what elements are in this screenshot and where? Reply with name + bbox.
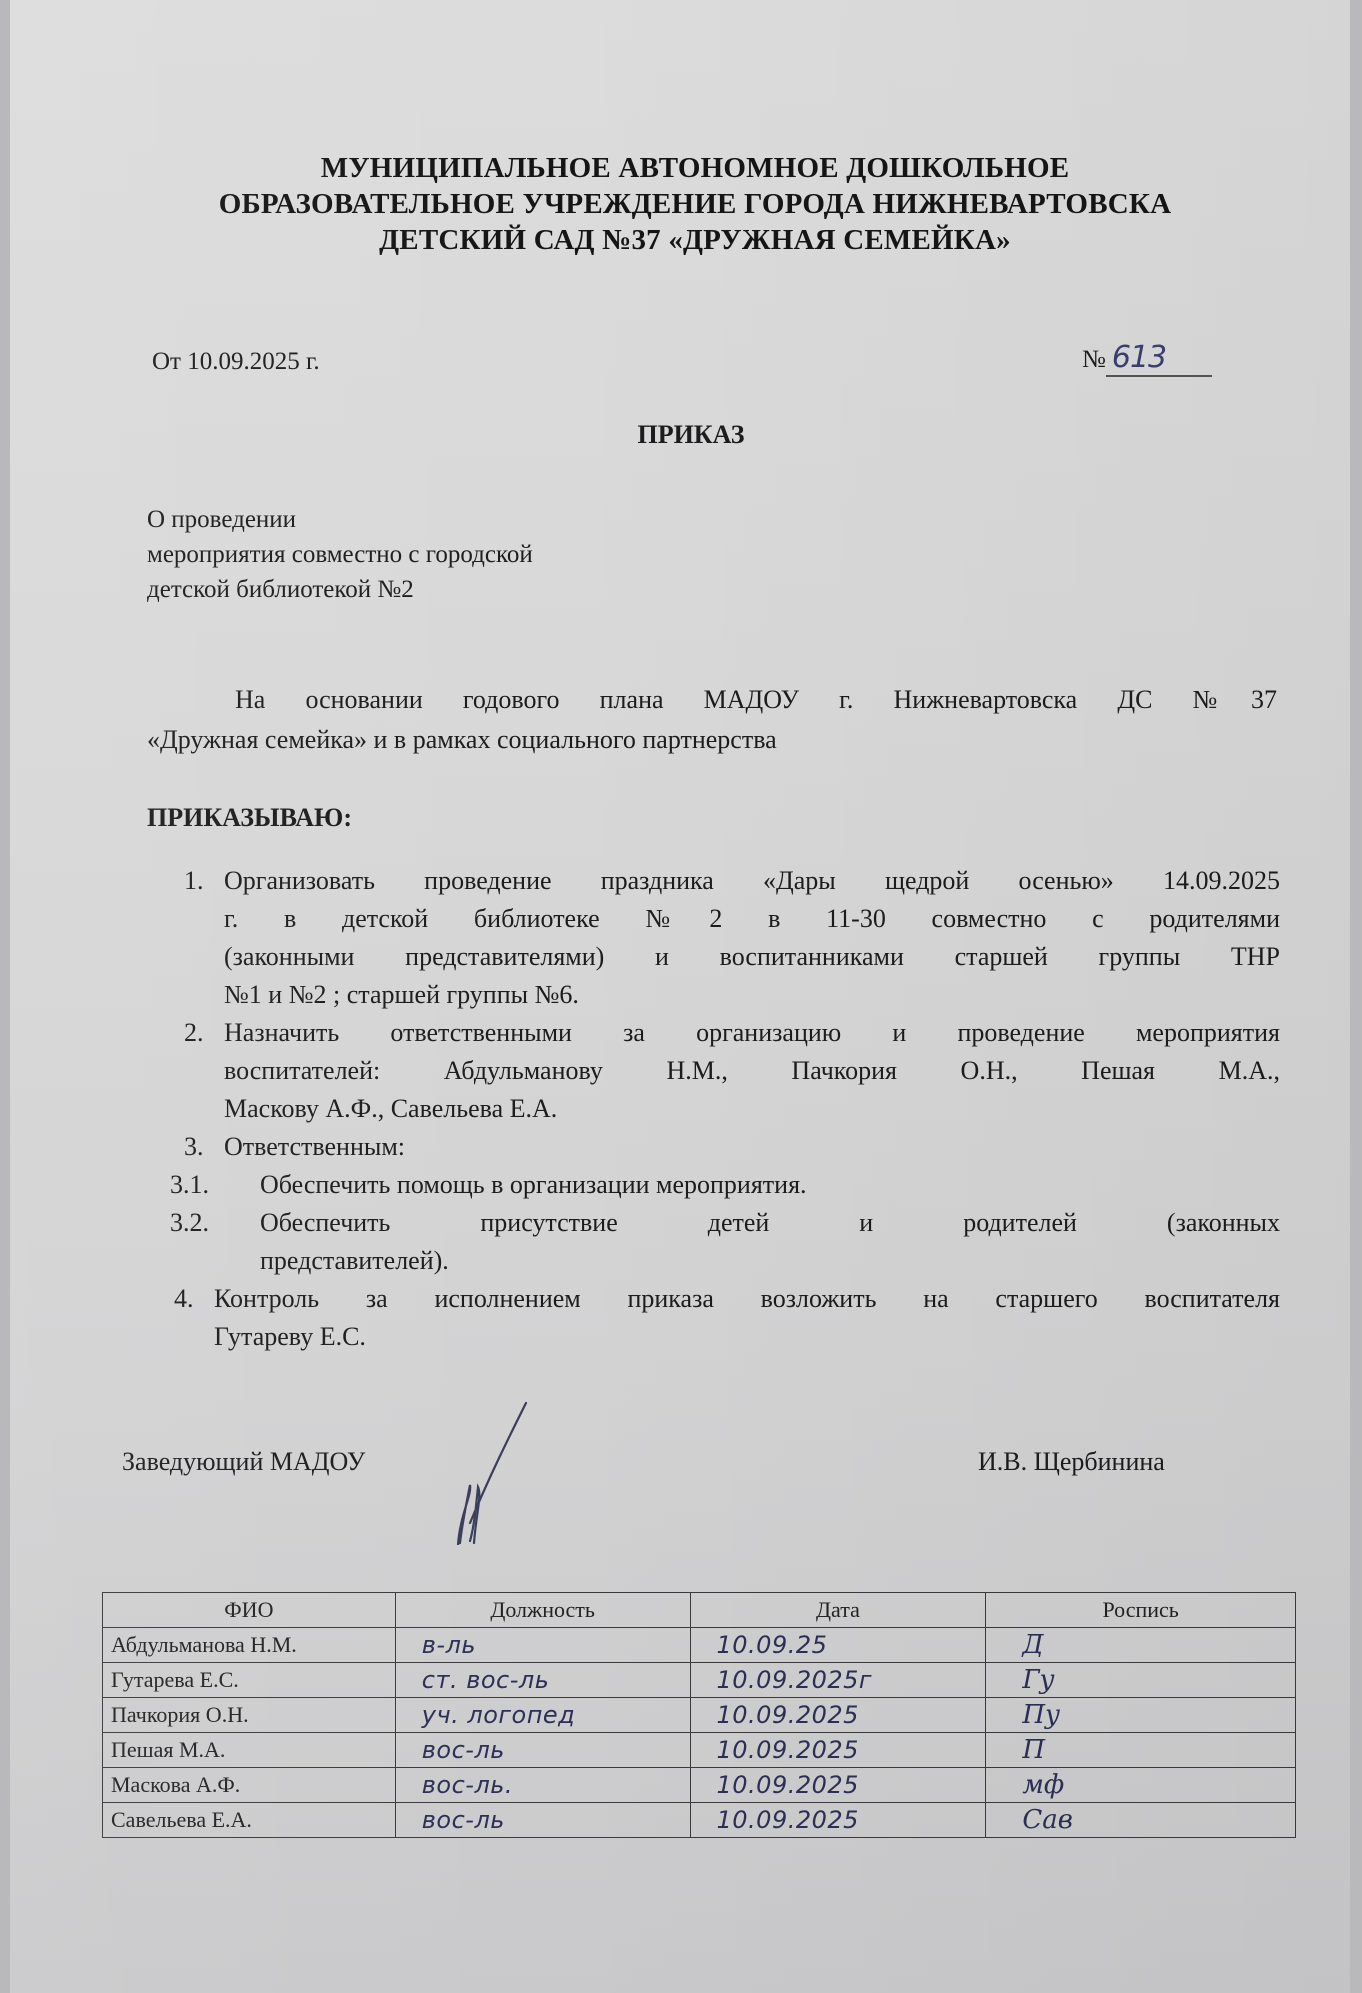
order-items: 1. Организовать проведение праздника «Да… <box>170 862 1280 1356</box>
signatory-name: И.В. Щербинина <box>978 1447 1165 1477</box>
column-header-position: Должность <box>395 1593 690 1628</box>
cell-position: вос-ль <box>395 1733 690 1768</box>
item-line: (законными представителями) и воспитанни… <box>224 938 1280 976</box>
cell-name: Гутарева Е.С. <box>103 1663 396 1698</box>
cell-signature: Гу <box>986 1663 1296 1698</box>
cell-name: Савельева Е.А. <box>103 1803 396 1838</box>
cell-position: в-ль <box>395 1628 690 1663</box>
director-signature-icon <box>430 1395 550 1545</box>
cell-date: 10.09.2025 <box>690 1698 986 1733</box>
item-line: Назначить ответственными за организацию … <box>224 1014 1280 1052</box>
order-subject: О проведении мероприятия совместно с гор… <box>147 502 533 607</box>
cell-date: 10.09.2025 <box>690 1803 986 1838</box>
subject-line-3: детской библиотекой №2 <box>147 572 533 607</box>
handwritten-number: 613 <box>1106 340 1212 377</box>
order-number: №613 <box>1082 340 1212 377</box>
item-line: Гутареву Е.С. <box>214 1322 366 1351</box>
item-line: Обеспечить присутствие детей и родителей… <box>260 1204 1280 1242</box>
item-number: 3.1. <box>170 1166 209 1204</box>
cell-name: Абдульманова Н.М. <box>103 1628 396 1663</box>
signatory-position: Заведующий МАДОУ <box>122 1447 365 1477</box>
cell-name: Пачкория О.Н. <box>103 1698 396 1733</box>
org-line-1: МУНИЦИПАЛЬНОЕ АВТОНОМНОЕ ДОШКОЛЬНОЕ <box>100 150 1290 186</box>
cell-signature: Сав <box>986 1803 1296 1838</box>
cell-position: вос-ль <box>395 1803 690 1838</box>
item-number: 3. <box>184 1128 204 1166</box>
item-line: Маскову А.Ф., Савельева Е.А. <box>224 1094 557 1123</box>
order-date: От 10.09.2025 г. <box>152 348 320 376</box>
cell-date: 10.09.2025 <box>690 1768 986 1803</box>
order-heading: ПРИКАЗЫВАЮ: <box>147 803 352 833</box>
cell-name: Маскова А.Ф. <box>103 1768 396 1803</box>
table-row: Пешая М.А. вос-ль 10.09.2025 П <box>103 1733 1296 1768</box>
subject-line-2: мероприятия совместно с городской <box>147 537 533 572</box>
org-line-3: ДЕТСКИЙ САД №37 «ДРУЖНАЯ СЕМЕЙКА» <box>100 222 1290 258</box>
order-item-1: 1. Организовать проведение праздника «Да… <box>170 862 1280 1014</box>
cell-date: 10.09.2025г <box>690 1663 986 1698</box>
cell-signature: П <box>986 1733 1296 1768</box>
cell-signature: Д <box>986 1628 1296 1663</box>
cell-date: 10.09.25 <box>690 1628 986 1663</box>
item-line: воспитателей: Абдульманову Н.М., Пачкори… <box>224 1052 1280 1090</box>
preamble-paragraph: На основании годового плана МАДОУ г. Ниж… <box>147 680 1277 760</box>
table-row: Абдульманова Н.М. в-ль 10.09.25 Д <box>103 1628 1296 1663</box>
acknowledgement-table: ФИО Должность Дата Роспись Абдульманова … <box>102 1592 1296 1838</box>
order-item-3-1: 3.1. Обеспечить помощь в организации мер… <box>170 1166 1280 1204</box>
table-header-row: ФИО Должность Дата Роспись <box>103 1593 1296 1628</box>
table-row: Гутарева Е.С. ст. вос-ль 10.09.2025г Гу <box>103 1663 1296 1698</box>
document-title: ПРИКАЗ <box>10 420 1362 450</box>
cell-signature: Пу <box>986 1698 1296 1733</box>
item-number: 1. <box>184 862 204 900</box>
cell-position: ст. вос-ль <box>395 1663 690 1698</box>
item-number: 3.2. <box>170 1204 209 1242</box>
item-line: Контроль за исполнением приказа возложит… <box>214 1280 1280 1318</box>
order-item-4: 4. Контроль за исполнением приказа возло… <box>170 1280 1280 1356</box>
org-line-2: ОБРАЗОВАТЕЛЬНОЕ УЧРЕЖДЕНИЕ ГОРОДА НИЖНЕВ… <box>100 186 1290 222</box>
item-number: 4. <box>174 1280 194 1318</box>
number-sign: № <box>1082 346 1106 373</box>
item-line: Ответственным: <box>224 1132 405 1161</box>
cell-position: вос-ль. <box>395 1768 690 1803</box>
document-page: МУНИЦИПАЛЬНОЕ АВТОНОМНОЕ ДОШКОЛЬНОЕ ОБРА… <box>10 0 1350 1993</box>
order-item-3: 3. Ответственным: <box>170 1128 1280 1166</box>
subject-line-1: О проведении <box>147 502 533 537</box>
order-item-2: 2. Назначить ответственными за организац… <box>170 1014 1280 1128</box>
column-header-signature: Роспись <box>986 1593 1296 1628</box>
item-line: №1 и №2 ; старшей группы №6. <box>224 980 579 1009</box>
table-row: Савельева Е.А. вос-ль 10.09.2025 Сав <box>103 1803 1296 1838</box>
item-line: Организовать проведение праздника «Дары … <box>224 862 1280 900</box>
preamble-line-1: На основании годового плана МАДОУ г. Ниж… <box>147 680 1277 720</box>
item-line: Обеспечить помощь в организации мероприя… <box>260 1170 807 1199</box>
cell-signature: мф <box>986 1768 1296 1803</box>
organization-header: МУНИЦИПАЛЬНОЕ АВТОНОМНОЕ ДОШКОЛЬНОЕ ОБРА… <box>100 150 1290 258</box>
preamble-line-2: «Дружная семейка» и в рамках социального… <box>147 720 1277 760</box>
item-number: 2. <box>184 1014 204 1052</box>
cell-date: 10.09.2025 <box>690 1733 986 1768</box>
table-row: Маскова А.Ф. вос-ль. 10.09.2025 мф <box>103 1768 1296 1803</box>
item-line: г. в детской библиотеке №2 в 11-30 совме… <box>224 900 1280 938</box>
cell-name: Пешая М.А. <box>103 1733 396 1768</box>
order-item-3-2: 3.2. Обеспечить присутствие детей и роди… <box>170 1204 1280 1280</box>
column-header-date: Дата <box>690 1593 986 1628</box>
table-row: Пачкория О.Н. уч. логопед 10.09.2025 Пу <box>103 1698 1296 1733</box>
cell-position: уч. логопед <box>395 1698 690 1733</box>
column-header-name: ФИО <box>103 1593 396 1628</box>
item-line: представителей). <box>260 1246 449 1275</box>
